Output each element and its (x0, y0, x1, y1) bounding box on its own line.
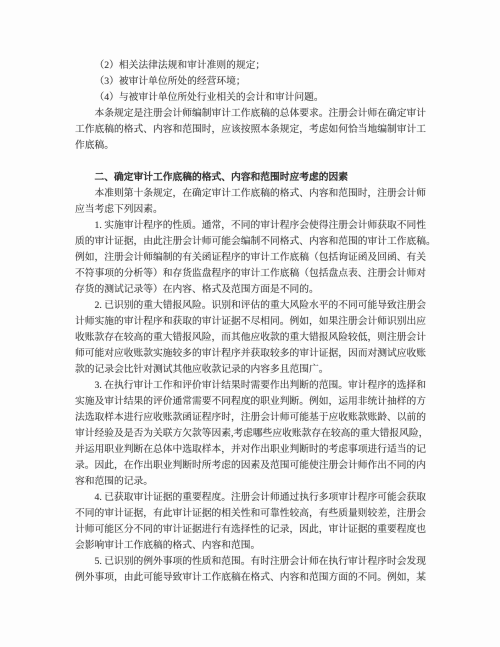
text-line: 并运用职业判断在总体中选取样本，并对作出职业判断时的考虑事项进行适当的记 (75, 442, 438, 458)
text-line: 3. 在执行审计工作和评价审计结果时需要作出判断的范围。审计程序的选择和 (75, 378, 458, 394)
text-line: 质的审计证据，由此注册会计师可能会编制不同格式、内容和范围的审计工作底稿。 (75, 234, 438, 250)
document-page: （2）相关法律法规和审计准则的规定； （3）被审计单位所处的经营环境； （4）与… (0, 0, 500, 647)
text-line: 例如，注册会计师编制的有关函证程序的审计工作底稿（包括询证函及回函、有关 (75, 250, 438, 266)
text-line: 作底稿。 (75, 138, 438, 154)
text-line: 容和范围的记录。 (75, 474, 438, 490)
text-line: 本条规定是注册会计师编制审计工作底稿的总体要求。注册会计师在确定审计 (75, 106, 458, 122)
text-line: 不同的审计证据，有此审计证据的相关性和可靠性较高，有些质量则较差，注册会 (75, 506, 438, 522)
text-line: 会影响审计工作底稿的格式、内容和范围。 (75, 538, 438, 554)
text-line: 录。因此，在作出职业判断时所考虑的因素及范围可能使注册会计师作出不同的内 (75, 458, 438, 474)
text-line: 例外事项，由此可能导致审计工作底稿在格式、内容和范围方面的不同。例如，某 (75, 570, 438, 586)
text-line: 法选取样本进行应收账款函证程序时，注册会计师可能基于应收账款账龄、以前的 (75, 410, 438, 426)
text-line: 本准则第十条规定，在确定审计工作底稿的格式、内容和范围时，注册会计师 (75, 186, 458, 202)
text-line: （2）相关法律法规和审计准则的规定； (75, 58, 458, 74)
text-line: 工作底稿的格式、内容和范围时，应该按照本条规定，考虑如何恰当地编制审计工 (75, 122, 438, 138)
section-heading: 二、确定审计工作底稿的格式、内容和范围时应考虑的因素 (75, 170, 458, 186)
text-line: 1. 实施审计程序的性质。通常，不同的审计程序会使得注册会计师获取不同性 (75, 218, 458, 234)
text-line: 计师可能区分不同的审计证据进行有选择性的记录，因此，审计证据的重要程度也 (75, 522, 438, 538)
text-line: 款的记录会比针对测试其他应收款记录的内容多且范围广。 (75, 362, 438, 378)
text-line: 应当考虑下列因素。 (75, 202, 438, 218)
text-line: （3）被审计单位所处的经营环境； (75, 74, 458, 90)
text-line: 收账款存在较高的重大错报风险，而其他应收款的重大错报风险较低，则注册会计 (75, 330, 438, 346)
text-line: 师可能对应收账款实施较多的审计程序并获取较多的审计证据，因而对测试应收账 (75, 346, 438, 362)
text-line: 5. 已识别的例外事项的性质和范围。有时注册会计师在执行审计程序时会发现 (75, 554, 458, 570)
text-line: 2. 已识别的重大错报风险。识别和评估的重大风险水平的不同可能导致注册会 (75, 298, 458, 314)
text-line: 4. 已获取审计证据的重要程度。注册会计师通过执行多项审计程序可能会获取 (75, 490, 458, 506)
text-line: 实施及审计结果的评价通常需要不同程度的职业判断。例如，运用非统计抽样的方 (75, 394, 438, 410)
text-line: （4）与被审计单位所处行业相关的会计和审计问题。 (75, 90, 458, 106)
text-line: 计师实施的审计程序和获取的审计证据不尽相同。例如，如果注册会计师识别出应 (75, 314, 438, 330)
text-line: 审计经验及是否为关联方欠款等因素,考虑哪些应收账款存在较高的重大错报风险， (75, 426, 438, 442)
text-line: 存货的测试记录等）在内容、格式及范围方面是不同的。 (75, 282, 438, 298)
text-line: 不符事项的分析等）和存货监盘程序的审计工作底稿（包括盘点表、注册会计师对 (75, 266, 438, 282)
